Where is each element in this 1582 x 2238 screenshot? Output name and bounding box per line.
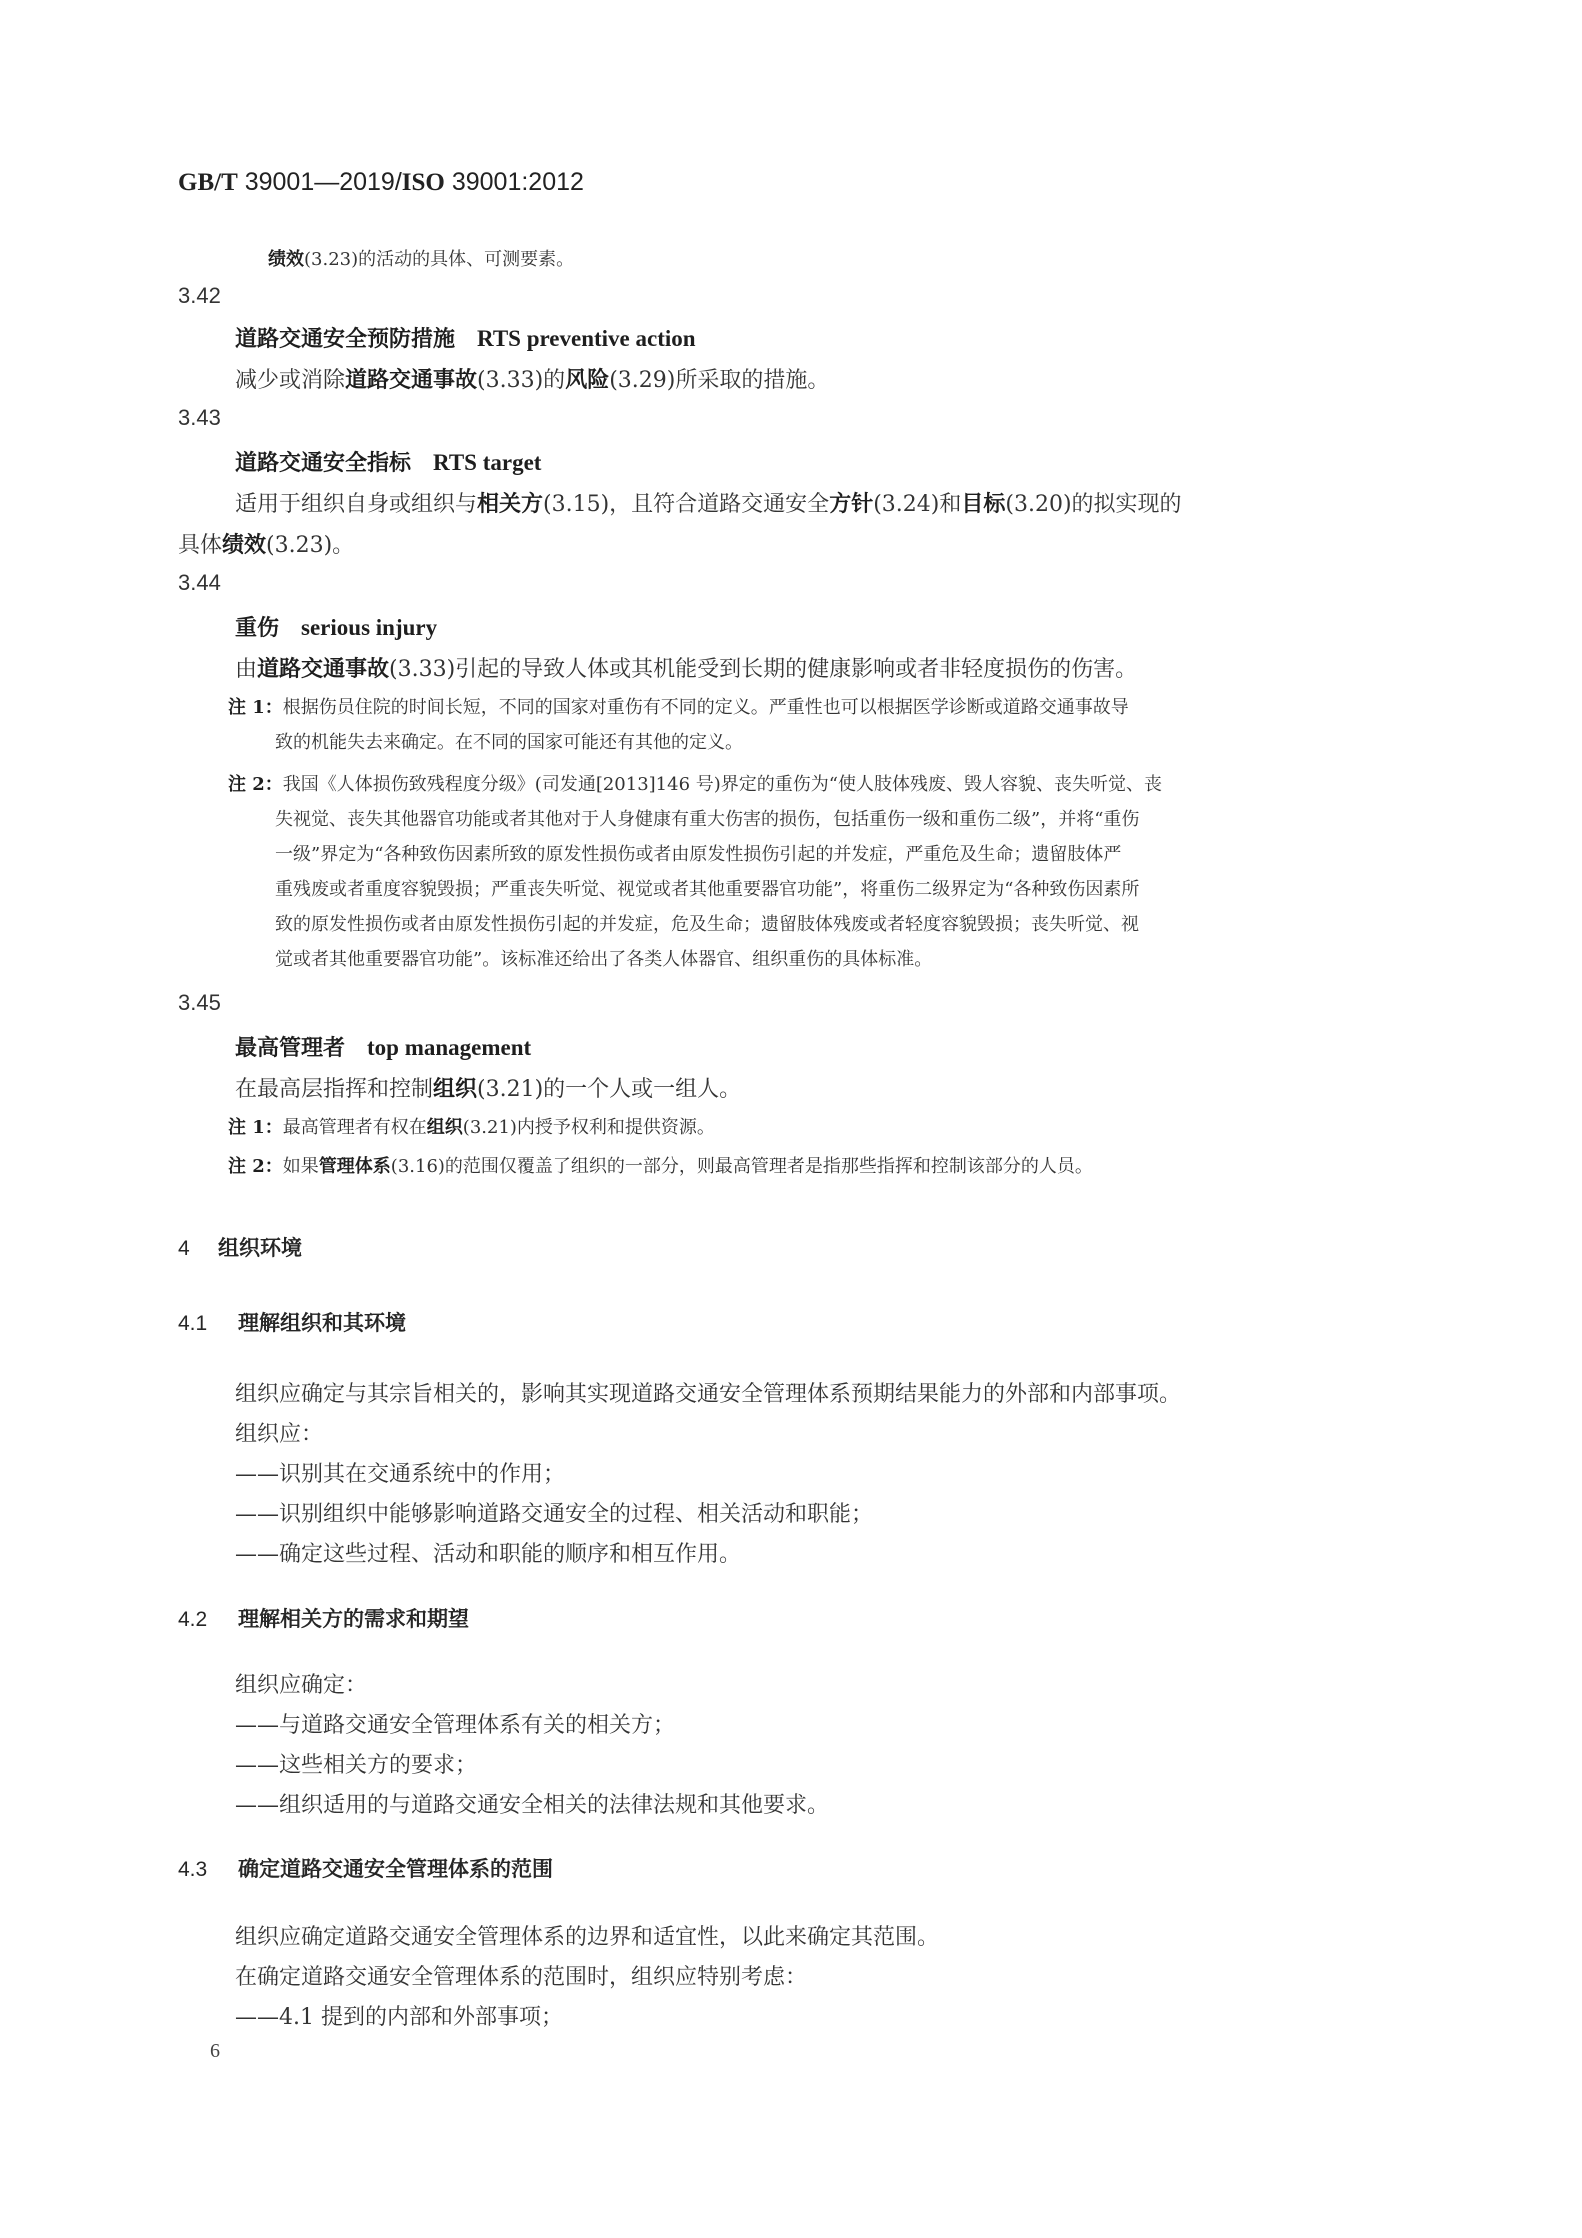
- entry-definition-cont: 具体绩效(3.23)。: [178, 528, 354, 559]
- page-number: 6: [210, 2040, 220, 2063]
- entry-number: 3.43: [178, 405, 221, 431]
- list-item: ——识别组织中能够影响道路交通安全的过程、相关活动和职能；: [235, 1497, 873, 1528]
- text: (3.23)。: [266, 533, 354, 558]
- text: (3.23)的活动的具体、可测要素。: [304, 249, 574, 270]
- text: (3.33)的: [477, 368, 565, 393]
- note-2: 注 2：如果管理体系(3.16)的范围仅覆盖了组织的一部分，则最高管理者是指那些…: [228, 1152, 1093, 1178]
- bold-ref: 道路交通事故: [345, 367, 477, 393]
- paragraph: 组织应确定：: [235, 1668, 367, 1699]
- subsection-number: 4.2: [178, 1608, 238, 1632]
- list-item: ——4.1 提到的内部和外部事项；: [235, 2000, 563, 2031]
- text: (3.21)的一个人或一组人。: [477, 1077, 741, 1102]
- text: (3.15)，且符合道路交通安全: [543, 492, 829, 517]
- text: 适用于组织自身或组织与: [235, 492, 477, 517]
- note-1: 注 1：根据伤员住院的时间长短，不同的国家对重伤有不同的定义。严重性也可以根据医…: [228, 693, 1129, 719]
- document-page: GB/T 39001—2019/ISO 39001:2012 绩效(3.23)的…: [0, 0, 1582, 2238]
- entry-term: 重伤serious injury: [235, 611, 437, 642]
- text: 具体: [178, 533, 222, 558]
- note-text: (3.21)内授予权利和提供资源。: [463, 1117, 715, 1138]
- subsection-title: 理解组织和其环境: [238, 1311, 406, 1335]
- subsection-number: 4.3: [178, 1858, 238, 1882]
- paragraph: 组织应：: [235, 1417, 323, 1448]
- note-2-cont: 觉或者其他重要器官功能”。该标准还给出了各类人体器官、组织重伤的具体标准。: [275, 945, 932, 971]
- subsection-heading: 4.1理解组织和其环境: [178, 1307, 406, 1337]
- note-1: 注 1：最高管理者有权在组织(3.21)内授予权利和提供资源。: [228, 1113, 715, 1139]
- subsection-heading: 4.3确定道路交通安全管理体系的范围: [178, 1853, 553, 1883]
- entry-number: 3.45: [178, 990, 221, 1016]
- list-item: ——组织适用的与道路交通安全相关的法律法规和其他要求。: [235, 1788, 829, 1819]
- note-text: 最高管理者有权在: [283, 1117, 427, 1138]
- entry-number: 3.44: [178, 570, 221, 596]
- paragraph: 组织应确定道路交通安全管理体系的边界和适宜性，以此来确定其范围。: [235, 1920, 939, 1951]
- text: 减少或消除: [235, 368, 345, 393]
- note-label: 注 2：: [228, 1156, 283, 1177]
- term-zh: 重伤: [235, 616, 279, 641]
- term-en: top management: [367, 1035, 531, 1060]
- text: (3.20)的拟实现的: [1005, 492, 1181, 517]
- bold-ref: 绩效: [222, 532, 266, 558]
- section-number: 4: [178, 1237, 218, 1261]
- bold-ref: 方针: [829, 491, 873, 517]
- entry-number: 3.42: [178, 283, 221, 309]
- note-text: (3.16)的范围仅覆盖了组织的一部分，则最高管理者是指那些指挥和控制该部分的人…: [391, 1156, 1093, 1177]
- entry-definition: 减少或消除道路交通事故(3.33)的风险(3.29)所采取的措施。: [235, 363, 829, 394]
- list-item: ——确定这些过程、活动和职能的顺序和相互作用。: [235, 1537, 741, 1568]
- note-2-cont: 致的原发性损伤或者由原发性损伤引起的并发症，危及生命；遗留肢体残废或者轻度容貌毁…: [275, 910, 1139, 936]
- paragraph: 组织应确定与其宗旨相关的，影响其实现道路交通安全管理体系预期结果能力的外部和内部…: [235, 1377, 1181, 1408]
- standard-header: GB/T 39001—2019/ISO 39001:2012: [178, 168, 584, 197]
- bold-ref: 管理体系: [319, 1156, 391, 1177]
- entry-definition: 由道路交通事故(3.33)引起的导致人体或其机能受到长期的健康影响或者非轻度损伤…: [235, 652, 1137, 683]
- note-text: 如果: [283, 1156, 319, 1177]
- subsection-number: 4.1: [178, 1312, 238, 1336]
- note-1-cont: 致的机能失去来确定。在不同的国家可能还有其他的定义。: [275, 728, 743, 754]
- subsection-title: 确定道路交通安全管理体系的范围: [238, 1857, 553, 1881]
- header-std-number: 39001—2019/: [245, 168, 402, 196]
- bold-ref: 目标: [961, 491, 1005, 517]
- bold-ref: 组织: [433, 1076, 477, 1102]
- bold-ref: 风险: [565, 367, 609, 393]
- note-2: 注 2：我国《人体损伤致残程度分级》(司发通[2013]146 号)界定的重伤为…: [228, 770, 1162, 796]
- header-iso: ISO: [402, 169, 445, 196]
- note-label: 注 1：: [228, 1117, 283, 1138]
- header-prefix: GB/T: [178, 169, 238, 196]
- note-2-cont: 重残废或者重度容貌毁损；严重丧失听觉、视觉或者其他重要器官功能”，将重伤二级界定…: [275, 875, 1139, 901]
- bold-ref: 道路交通事故: [257, 656, 389, 682]
- bold-ref: 绩效: [268, 249, 304, 270]
- text: (3.29)所采取的措施。: [609, 368, 829, 393]
- text: 由: [235, 657, 257, 682]
- entry-definition: 在最高层指挥和控制组织(3.21)的一个人或一组人。: [235, 1072, 741, 1103]
- entry-term: 道路交通安全指标RTS target: [235, 446, 541, 477]
- note-2-cont: 一级”界定为“各种致伤因素所致的原发性损伤或者由原发性损伤引起的并发症，严重危及…: [275, 840, 1121, 866]
- subsection-heading: 4.2理解相关方的需求和期望: [178, 1603, 469, 1633]
- continuation-text: 绩效(3.23)的活动的具体、可测要素。: [268, 245, 574, 271]
- entry-term: 道路交通安全预防措施RTS preventive action: [235, 322, 696, 353]
- term-zh: 最高管理者: [235, 1036, 345, 1061]
- section-title: 组织环境: [218, 1236, 302, 1260]
- bold-ref: 相关方: [477, 491, 543, 517]
- text: (3.24)和: [873, 492, 961, 517]
- term-en: RTS preventive action: [477, 326, 696, 351]
- bold-ref: 组织: [427, 1117, 463, 1138]
- section-heading: 4组织环境: [178, 1232, 302, 1262]
- list-item: ——与道路交通安全管理体系有关的相关方；: [235, 1708, 675, 1739]
- term-zh: 道路交通安全预防措施: [235, 327, 455, 352]
- text: (3.33)引起的导致人体或其机能受到长期的健康影响或者非轻度损伤的伤害。: [389, 657, 1137, 682]
- term-en: RTS target: [433, 450, 541, 475]
- note-2-cont: 失视觉、丧失其他器官功能或者其他对于人身健康有重大伤害的损伤，包括重伤一级和重伤…: [275, 805, 1139, 831]
- note-label: 注 1：: [228, 697, 283, 718]
- text: 在最高层指挥和控制: [235, 1077, 433, 1102]
- term-zh: 道路交通安全指标: [235, 451, 411, 476]
- subsection-title: 理解相关方的需求和期望: [238, 1607, 469, 1631]
- header-iso-number: 39001:2012: [452, 168, 584, 196]
- list-item: ——识别其在交通系统中的作用；: [235, 1457, 565, 1488]
- list-item: ——这些相关方的要求；: [235, 1748, 477, 1779]
- entry-definition: 适用于组织自身或组织与相关方(3.15)，且符合道路交通安全方针(3.24)和目…: [235, 487, 1182, 518]
- note-label: 注 2：: [228, 774, 283, 795]
- paragraph: 在确定道路交通安全管理体系的范围时，组织应特别考虑：: [235, 1960, 807, 1991]
- note-text: 根据伤员住院的时间长短，不同的国家对重伤有不同的定义。严重性也可以根据医学诊断或…: [283, 697, 1129, 718]
- term-en: serious injury: [301, 615, 437, 640]
- note-text: 我国《人体损伤致残程度分级》(司发通[2013]146 号)界定的重伤为“使人肢…: [283, 774, 1162, 795]
- entry-term: 最高管理者top management: [235, 1031, 531, 1062]
